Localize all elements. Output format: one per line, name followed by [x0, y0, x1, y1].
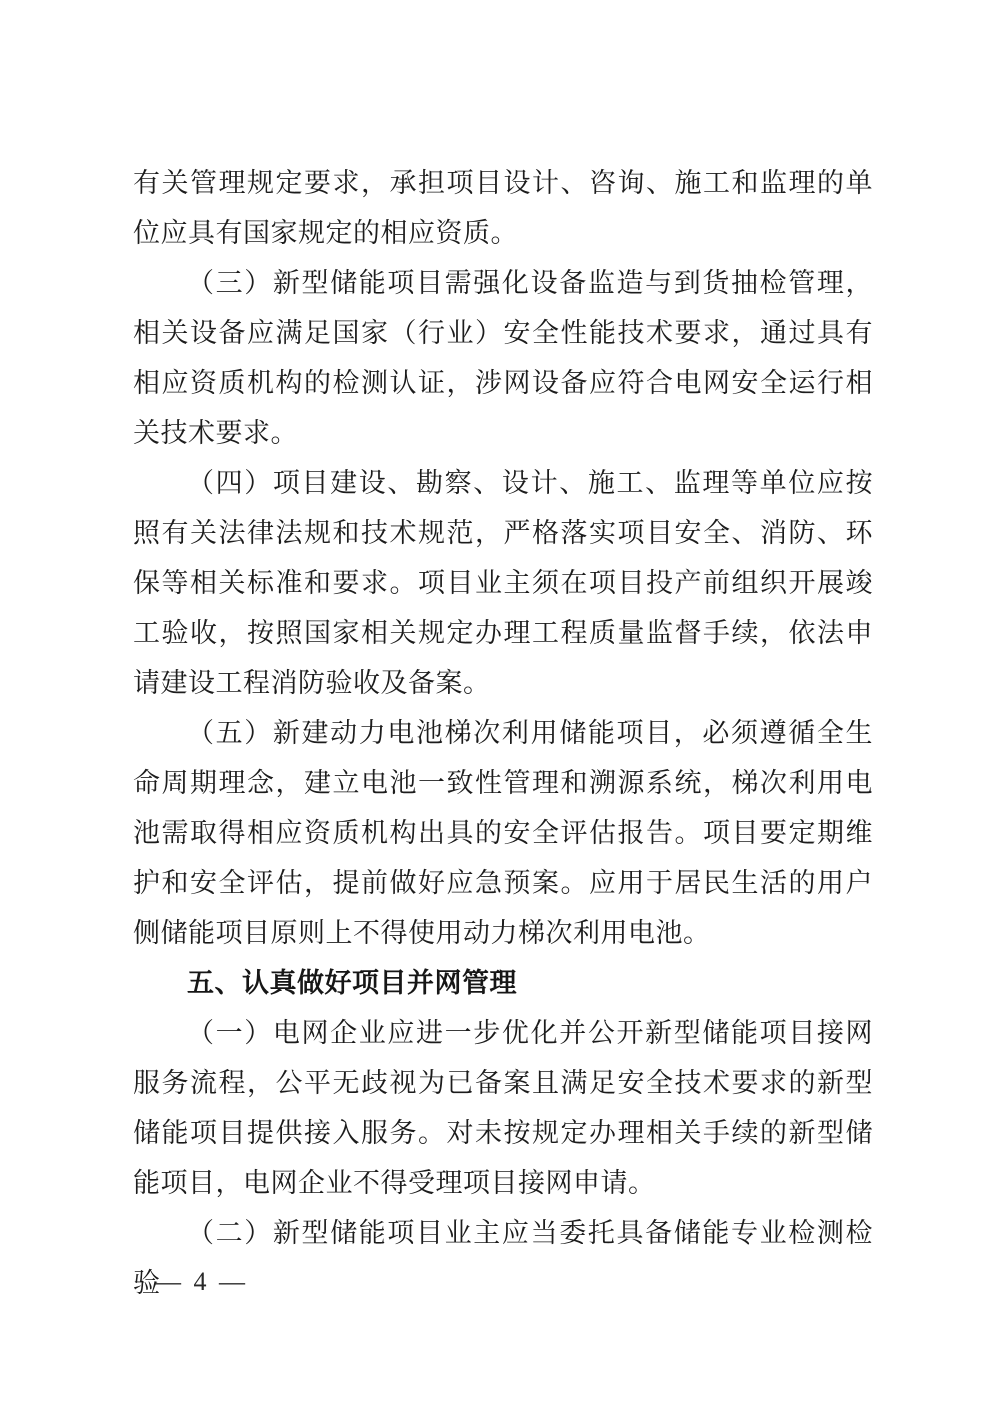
paragraph-item-4: （四）项目建设、勘察、设计、施工、监理等单位应按照有关法律法规和技术规范，严格落… — [133, 458, 873, 708]
document-page: 有关管理规定要求，承担项目设计、咨询、施工和监理的单位应具有国家规定的相应资质。… — [0, 0, 1000, 1413]
paragraph-item-5-1: （一）电网企业应进一步优化并公开新型储能项目接网服务流程，公平无歧视为已备案且满… — [133, 1008, 873, 1208]
section-heading-5: 五、认真做好项目并网管理 — [133, 958, 873, 1008]
paragraph-item-3: （三）新型储能项目需强化设备监造与到货抽检管理，相关设备应满足国家（行业）安全性… — [133, 258, 873, 458]
paragraph-item-5: （五）新建动力电池梯次利用储能项目，必须遵循全生命周期理念，建立电池一致性管理和… — [133, 708, 873, 958]
paragraph-continuation: 有关管理规定要求，承担项目设计、咨询、施工和监理的单位应具有国家规定的相应资质。 — [133, 158, 873, 258]
document-body: 有关管理规定要求，承担项目设计、咨询、施工和监理的单位应具有国家规定的相应资质。… — [133, 158, 873, 1308]
page-number: — 4 — — [155, 1262, 248, 1302]
